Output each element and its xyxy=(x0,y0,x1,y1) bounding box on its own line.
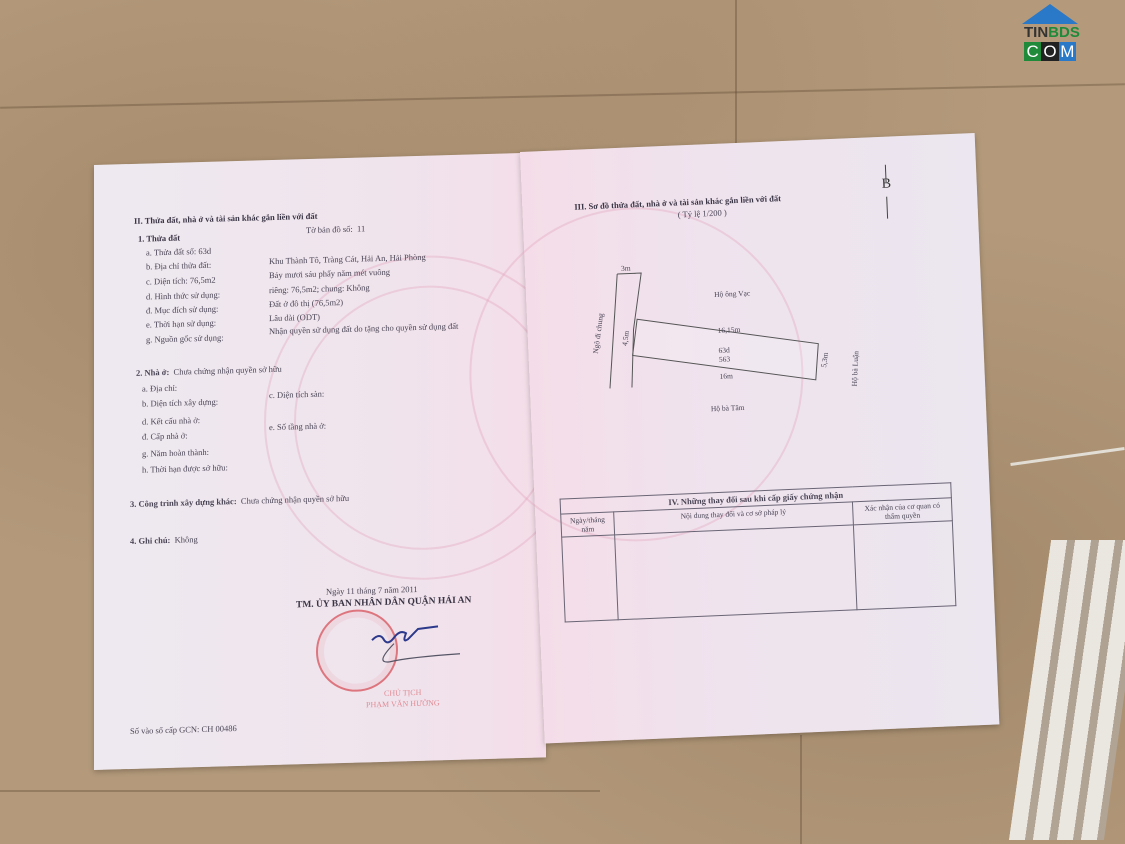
certificate-left-page: II. Thửa đất, nhà ở và tài sản khác gắn … xyxy=(94,152,546,770)
neighbor-east: Hộ bà Luận xyxy=(850,351,861,387)
land-row-area: c. Diện tích: 76,5m2 xyxy=(146,275,216,287)
cell-content xyxy=(615,525,857,620)
map-sheet-label: Tờ bản đồ số: 11 xyxy=(306,223,365,235)
handwritten-signature xyxy=(364,609,474,672)
section-title: II. Thửa đất, nhà ở và tài sản khác gắn … xyxy=(134,211,317,226)
sunlight-patch xyxy=(1009,540,1125,840)
land-row-term: e. Thời hạn sử dụng: xyxy=(146,318,216,330)
notes: 4. Ghi chú: Không xyxy=(130,534,198,546)
cell-date xyxy=(562,535,619,622)
floor-tile-seam xyxy=(0,790,600,792)
land-row-term-value: Lâu dài (ODT) xyxy=(269,312,320,323)
north-arrow-line xyxy=(886,197,888,219)
top-edge-length: 16,15m xyxy=(717,325,740,335)
land-row-address: b. Địa chỉ thửa đất: xyxy=(146,260,211,272)
neighbor-north: Hộ ông Vạc xyxy=(714,288,750,299)
land-row-purpose: đ. Mục đích sử dụng: xyxy=(146,304,218,316)
land-row-parcel: a. Thửa đất số: 63d xyxy=(146,246,211,258)
land-heading: 1. Thửa đất xyxy=(138,233,180,244)
house-roof-icon xyxy=(1022,4,1078,24)
signer-name: PHẠM VĂN HƯỜNG xyxy=(366,698,440,709)
neighbor-south: Hộ bà Tâm xyxy=(711,403,745,413)
logo-text-top: TINBDS xyxy=(1024,24,1080,41)
tinbds-logo: TINBDS C O M xyxy=(1018,4,1082,62)
house-row: a. Địa chỉ: xyxy=(142,383,177,394)
cell-confirmation xyxy=(853,521,955,610)
signature-date: Ngày 11 tháng 7 năm 2011 xyxy=(326,584,418,597)
changes-table: IV. Những thay đổi sau khi cấp giấy chứn… xyxy=(560,482,957,622)
signing-authority: TM. ỦY BAN NHÂN DÂN QUẬN HẢI AN xyxy=(296,595,471,610)
parcel-diagram: 3m Ngõ đi chung 4,5m Hộ ông Vạc 16,15m 6… xyxy=(565,246,902,440)
land-row-usage-form: d. Hình thức sử dụng: xyxy=(146,289,220,301)
changes-table-empty-row xyxy=(562,521,956,622)
land-row-origin: g. Nguồn gốc sử dụng: xyxy=(146,332,224,344)
logo-text-bottom: C O M xyxy=(1024,42,1076,61)
house-row: d. Kết cấu nhà ở: xyxy=(142,415,200,427)
north-arrow-line xyxy=(885,165,887,183)
house-row: c. Diện tích sàn: xyxy=(269,389,324,401)
alley-width-label: 3m xyxy=(621,263,631,272)
register-number: Số vào sổ cấp GCN: CH 00486 xyxy=(130,723,237,736)
house-row: b. Diện tích xây dựng: xyxy=(142,397,218,409)
north-arrow: B xyxy=(881,176,891,192)
sunlight-streak xyxy=(1010,447,1124,466)
certificate-right-page: III. Sơ đồ thửa đất, nhà ở và tài sản kh… xyxy=(520,133,999,744)
col-date: Ngày/tháng năm xyxy=(561,512,615,537)
floor-tile-seam xyxy=(0,83,1125,109)
house-row: h. Thời hạn được sở hữu: xyxy=(142,462,228,474)
land-rows: a. Thửa đất số: 63d b. Địa chỉ thửa đất:… xyxy=(94,152,546,165)
scale-label: ( Tỷ lệ 1/200 ) xyxy=(678,207,727,219)
land-row-purpose-value: Đất ở đô thị (76,5m2) xyxy=(269,297,343,309)
floor-tile-seam xyxy=(735,0,737,160)
house-heading: 2. Nhà ở: Chưa chứng nhận quyền sở hữu xyxy=(136,364,282,378)
parcel-sub: 563 xyxy=(719,354,731,363)
house-row: đ. Cấp nhà ở: xyxy=(142,430,188,441)
bottom-edge-length: 16m xyxy=(719,371,733,381)
house-row: g. Năm hoàn thành: xyxy=(142,447,209,459)
house-row: e. Số tầng nhà ở: xyxy=(269,421,326,433)
signer-role: CHỦ TỊCH xyxy=(384,688,421,698)
floor-tile-seam xyxy=(800,735,802,844)
